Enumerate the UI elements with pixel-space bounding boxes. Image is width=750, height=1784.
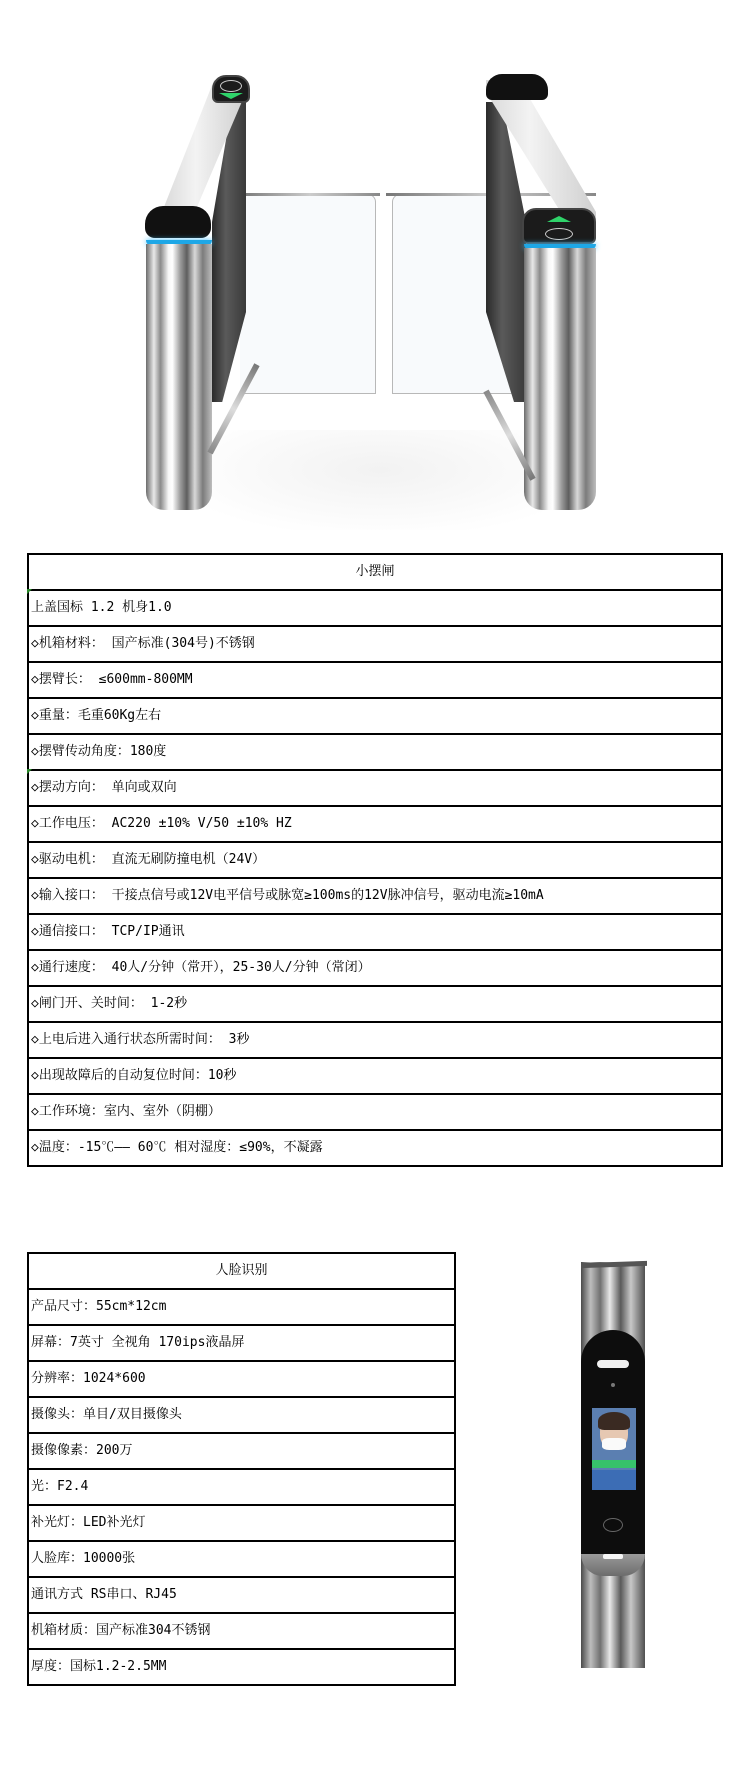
turnstile-product-image: [150, 70, 610, 540]
table-row: 厚度：国标1.2-2.5MM: [28, 1649, 455, 1685]
table-header-row: 小摆闸: [28, 554, 722, 590]
fill-light-icon: [597, 1360, 629, 1368]
spec-input-interface: ◇输入接口： 干接点信号或12V电平信号或脉宽≥100ms的12V脉冲信号，驱动…: [28, 878, 722, 914]
spec-reset-time: ◇出现故障后的自动复位时间：10秒: [28, 1058, 722, 1094]
table-row: 人脸库：10000张: [28, 1541, 455, 1577]
spec-camera-pixels: 摄像像素：200万: [28, 1433, 455, 1469]
lcd-screen: [592, 1408, 636, 1490]
spec-voltage: ◇工作电压： AC220 ±10% V/50 ±10% HZ: [28, 806, 722, 842]
spec-face-library: 人脸库：10000张: [28, 1541, 455, 1577]
spec-screen: 屏幕：7英寸 全视角 170ips液晶屏: [28, 1325, 455, 1361]
face-recognition-spec-table: 人脸识别 产品尺寸：55cm*12cm 屏幕：7英寸 全视角 170ips液晶屏…: [27, 1252, 456, 1686]
table-row: ◇出现故障后的自动复位时间：10秒: [28, 1058, 722, 1094]
spec-weight: ◇重量：毛重60Kg左右: [28, 698, 722, 734]
indicator-light-icon: [603, 1554, 623, 1559]
spec-arm-length: ◇摆臂长： ≤600mm-800MM: [28, 662, 722, 698]
table-row: ◇上电后进入通行状态所需时间： 3秒: [28, 1022, 722, 1058]
spec-comm-method: 通讯方式 RS串口、RJ45: [28, 1577, 455, 1613]
table-row: ◇工作电压： AC220 ±10% V/50 ±10% HZ: [28, 806, 722, 842]
spec-camera: 摄像头：单目/双目摄像头: [28, 1397, 455, 1433]
right-card-reader: [522, 208, 596, 244]
terminal-body: [581, 1330, 645, 1562]
table-row: 机箱材质：国产标准304不锈钢: [28, 1613, 455, 1649]
swing-gate-spec-table: 小摆闸 上盖国标 1.2 机身1.0 ◇机箱材料： 国产标准(304号)不锈钢 …: [27, 553, 723, 1167]
table-row: ◇摆动方向： 单向或双向: [28, 770, 722, 806]
spec-fill-light: 补光灯：LED补光灯: [28, 1505, 455, 1541]
left-pillar: [146, 244, 212, 510]
spec-resolution: 分辨率：1024*600: [28, 1361, 455, 1397]
spec-thickness: 厚度：国标1.2-2.5MM: [28, 1649, 455, 1685]
spec-power-on-time: ◇上电后进入通行状态所需时间： 3秒: [28, 1022, 722, 1058]
screen-info-panel: [592, 1470, 636, 1490]
table-title: 人脸识别: [28, 1253, 455, 1289]
table-row: 摄像像素：200万: [28, 1433, 455, 1469]
table-row: 分辨率：1024*600: [28, 1361, 455, 1397]
screen-status-band: [592, 1460, 636, 1468]
table-row: ◇机箱材料： 国产标准(304号)不锈钢: [28, 626, 722, 662]
green-arrow-icon: [547, 216, 571, 222]
camera-icon: [611, 1383, 615, 1387]
spec-aperture: 光：F2.4: [28, 1469, 455, 1505]
spec-comm-interface: ◇通信接口： TCP/IP通讯: [28, 914, 722, 950]
left-card-reader: [212, 75, 250, 103]
left-cabinet-cap: [145, 206, 211, 238]
table-title: 小摆闸: [28, 554, 722, 590]
spec-environment: ◇工作环境：室内、室外（阴棚）: [28, 1094, 722, 1130]
green-arrow-icon: [219, 93, 243, 99]
table-row: ◇重量：毛重60Kg左右: [28, 698, 722, 734]
left-glass-arm: [240, 194, 376, 394]
card-reader-icon: [603, 1518, 623, 1532]
table-row: ◇通信接口： TCP/IP通讯: [28, 914, 722, 950]
spec-swing-direction: ◇摆动方向： 单向或双向: [28, 770, 722, 806]
table-row: ◇摆臂长： ≤600mm-800MM: [28, 662, 722, 698]
face-terminal-product-image: [575, 1262, 650, 1668]
table-row: ◇温度：-15℃—— 60℃ 相对湿度：≤90%，不凝露: [28, 1130, 722, 1166]
table-header-row: 人脸识别: [28, 1253, 455, 1289]
spec-product-size: 产品尺寸：55cm*12cm: [28, 1289, 455, 1325]
spec-cover-thickness: 上盖国标 1.2 机身1.0: [28, 590, 722, 626]
table-row: ◇驱动电机： 直流无刷防撞电机（24V）: [28, 842, 722, 878]
spec-case-material: 机箱材质：国产标准304不锈钢: [28, 1613, 455, 1649]
table-row: 通讯方式 RS串口、RJ45: [28, 1577, 455, 1613]
table-row: 摄像头：单目/双目摄像头: [28, 1397, 455, 1433]
table-row: 屏幕：7英寸 全视角 170ips液晶屏: [28, 1325, 455, 1361]
table-row: 补光灯：LED补光灯: [28, 1505, 455, 1541]
spec-cabinet-material: ◇机箱材料： 国产标准(304号)不锈钢: [28, 626, 722, 662]
right-cabinet-rear-cap: [486, 74, 548, 100]
face-hair: [598, 1412, 630, 1430]
table-row: ◇通行速度： 40人/分钟（常开），25-30人/分钟（常闭）: [28, 950, 722, 986]
spec-pass-speed: ◇通行速度： 40人/分钟（常开），25-30人/分钟（常闭）: [28, 950, 722, 986]
spec-open-close-time: ◇闸门开、关时间： 1-2秒: [28, 986, 722, 1022]
table-row: 上盖国标 1.2 机身1.0: [28, 590, 722, 626]
table-row: ◇闸门开、关时间： 1-2秒: [28, 986, 722, 1022]
table-row: ◇工作环境：室内、室外（阴棚）: [28, 1094, 722, 1130]
spec-swing-angle: ◇摆臂传动角度：180度: [28, 734, 722, 770]
table-row: 产品尺寸：55cm*12cm: [28, 1289, 455, 1325]
spec-motor: ◇驱动电机： 直流无刷防撞电机（24V）: [28, 842, 722, 878]
table-row: 光：F2.4: [28, 1469, 455, 1505]
face-mask: [602, 1438, 626, 1450]
table-row: ◇输入接口： 干接点信号或12V电平信号或脉宽≥100ms的12V脉冲信号，驱动…: [28, 878, 722, 914]
table-row: ◇摆臂传动角度：180度: [28, 734, 722, 770]
spec-temperature-humidity: ◇温度：-15℃—— 60℃ 相对湿度：≤90%，不凝露: [28, 1130, 722, 1166]
right-pillar: [524, 248, 596, 510]
left-top-rail: [240, 193, 380, 196]
